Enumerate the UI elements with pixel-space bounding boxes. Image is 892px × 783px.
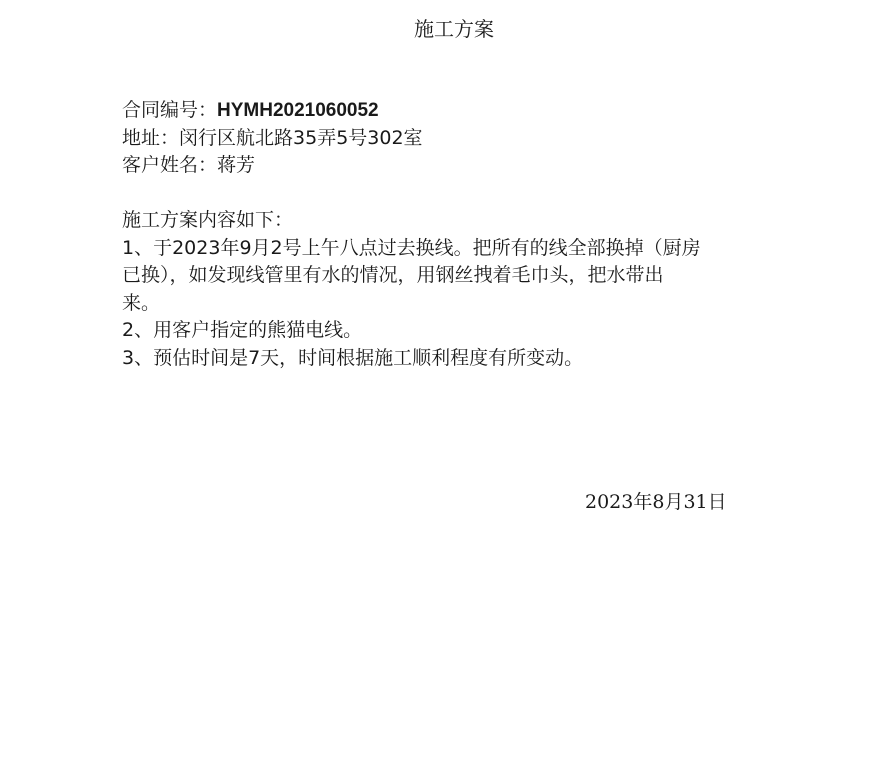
content-section: 施工方案内容如下： 1、于2023年9月2号上午八点过去换线。把所有的线全部换掉… <box>122 207 782 372</box>
list-item-line: 3、预估时间是7天，时间根据施工顺利程度有所变动。 <box>122 345 782 373</box>
address-row: 地址：闵行区航北路35弄5号302室 <box>122 125 782 153</box>
list-item-line: 来。 <box>122 290 782 318</box>
customer-name-label: 客户姓名： <box>122 154 217 176</box>
content-heading: 施工方案内容如下： <box>122 207 782 235</box>
document-title: 施工方案 <box>0 15 892 43</box>
list-item-line: 1、于2023年9月2号上午八点过去换线。把所有的线全部换掉（厨房 <box>122 235 782 263</box>
list-item: 3、预估时间是7天，时间根据施工顺利程度有所变动。 <box>122 345 782 373</box>
address-value: 闵行区航北路35弄5号302室 <box>179 127 423 149</box>
list-item: 2、用客户指定的熊猫电线。 <box>122 317 782 345</box>
customer-name-row: 客户姓名：蒋芳 <box>122 152 782 180</box>
contract-number-value: HYMH2021060052 <box>217 100 379 121</box>
list-item: 1、于2023年9月2号上午八点过去换线。把所有的线全部换掉（厨房 已换），如发… <box>122 235 782 318</box>
document-date: 2023年8月31日 <box>585 488 727 516</box>
contract-number-label: 合同编号： <box>122 99 217 121</box>
list-item-line: 已换），如发现线管里有水的情况，用钢丝拽着毛巾头，把水带出 <box>122 262 782 290</box>
contract-number-row: 合同编号：HYMH2021060052 <box>122 97 782 125</box>
address-label: 地址： <box>122 127 179 149</box>
info-section: 合同编号：HYMH2021060052 地址：闵行区航北路35弄5号302室 客… <box>122 97 782 180</box>
list-item-line: 2、用客户指定的熊猫电线。 <box>122 317 782 345</box>
customer-name-value: 蒋芳 <box>217 154 255 176</box>
